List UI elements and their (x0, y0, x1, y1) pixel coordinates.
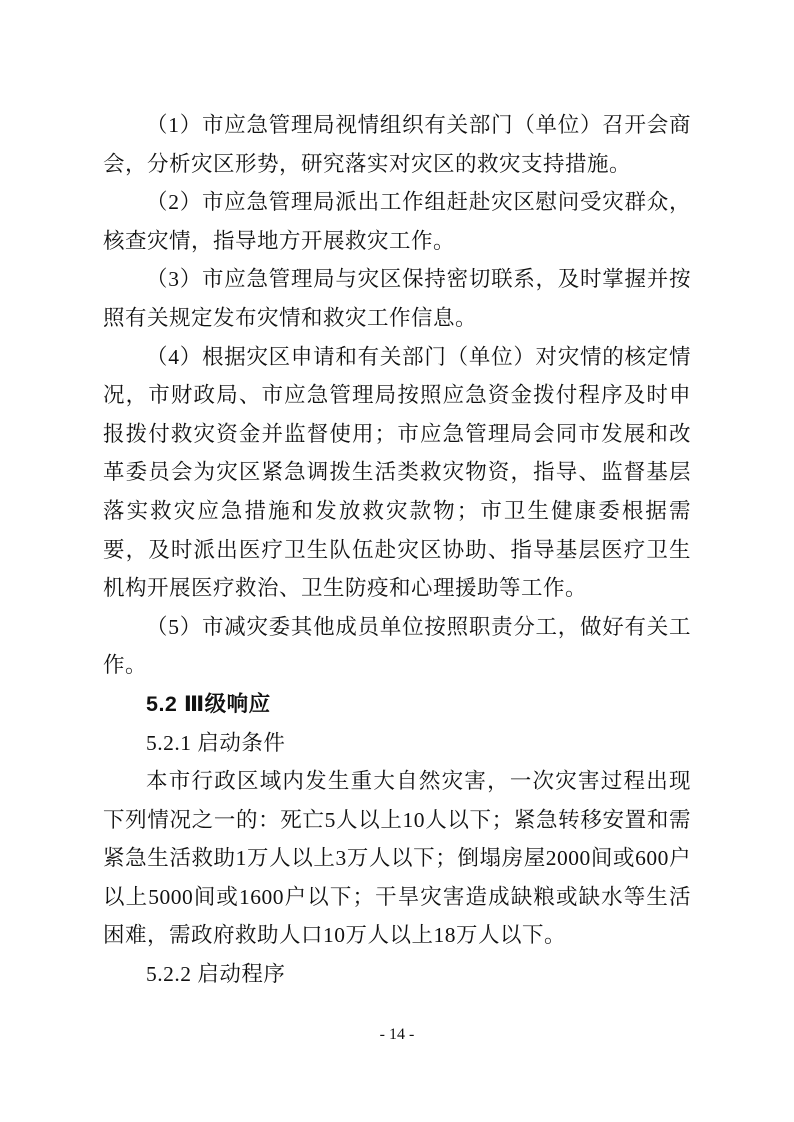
page-number: - 14 - (380, 1026, 415, 1043)
page-footer: - 14 - (0, 1026, 794, 1044)
document-page: （1）市应急管理局视情组织有关部门（单位）召开会商会，分析灾区形势，研究落实对灾… (0, 0, 794, 1122)
subsection-heading-5-2-1: 5.2.1 启动条件 (103, 724, 691, 763)
paragraph-item-1: （1）市应急管理局视情组织有关部门（单位）召开会商会，分析灾区形势，研究落实对灾… (103, 106, 691, 183)
paragraph-item-3: （3）市应急管理局与灾区保持密切联系，及时掌握并按照有关规定发布灾情和救灾工作信… (103, 260, 691, 337)
document-body: （1）市应急管理局视情组织有关部门（单位）召开会商会，分析灾区形势，研究落实对灾… (103, 106, 691, 994)
subsection-heading-5-2-2: 5.2.2 启动程序 (103, 955, 691, 994)
paragraph-item-5: （5）市减灾委其他成员单位按照职责分工，做好有关工作。 (103, 608, 691, 685)
paragraph-item-2: （2）市应急管理局派出工作组赶赴灾区慰问受灾群众，核查灾情，指导地方开展救灾工作… (103, 183, 691, 260)
paragraph-item-4: （4）根据灾区申请和有关部门（单位）对灾情的核定情况，市财政局、市应急管理局按照… (103, 338, 691, 608)
paragraph-startup-conditions: 本市行政区域内发生重大自然灾害，一次灾害过程出现下列情况之一的：死亡5人以上10… (103, 762, 691, 955)
section-heading-5-2: 5.2 Ⅲ级响应 (103, 685, 691, 724)
